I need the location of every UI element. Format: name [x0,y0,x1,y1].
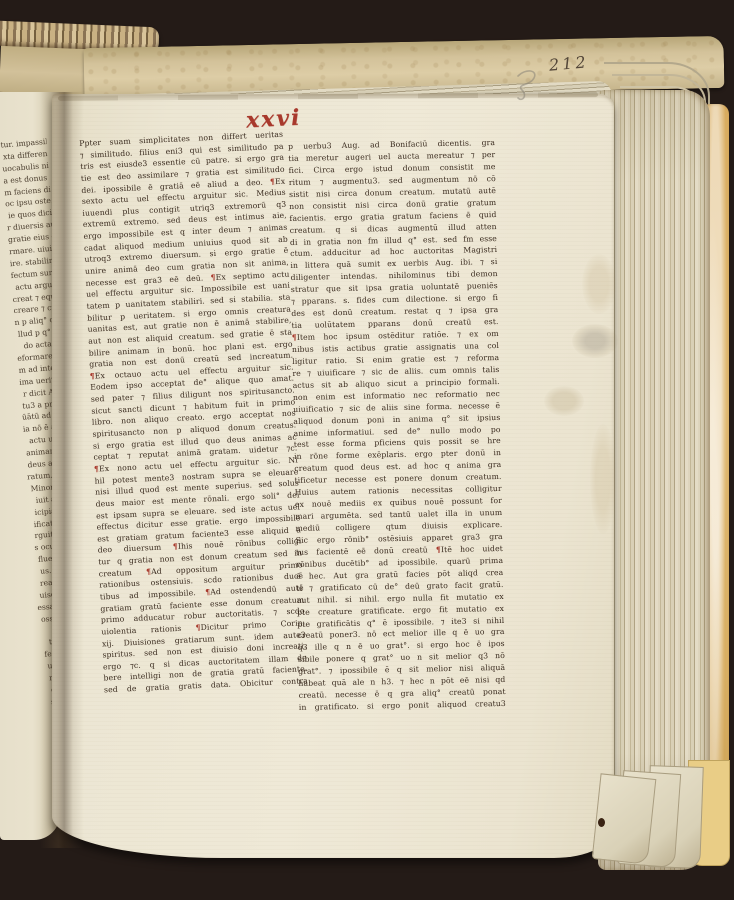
ink-speck [598,818,605,827]
text-column-right: p uerbu3 Aug. ad Bonifaciū dicentis. gra… [288,137,506,714]
text-line: in gratificato. si ergo ponit aliquod cr… [299,698,506,714]
paper-stain [590,424,616,534]
page-stack-fore-edge [598,90,710,870]
paper-stain [544,386,584,416]
folio-number: 212 [548,52,589,74]
pencil-mark [512,62,554,110]
facing-page-strip: tur. impassibixta differenuocabulis nia … [0,92,60,840]
text-column-left: Ppter suam simplicitates non differt uer… [79,129,308,696]
paper-stain [582,254,616,314]
paper-stain [572,324,618,358]
recto-page: xxvi Ppter suam simplicitates non differ… [52,94,614,858]
book-photograph: tur. impassibixta differenuocabulis nia … [0,0,734,900]
